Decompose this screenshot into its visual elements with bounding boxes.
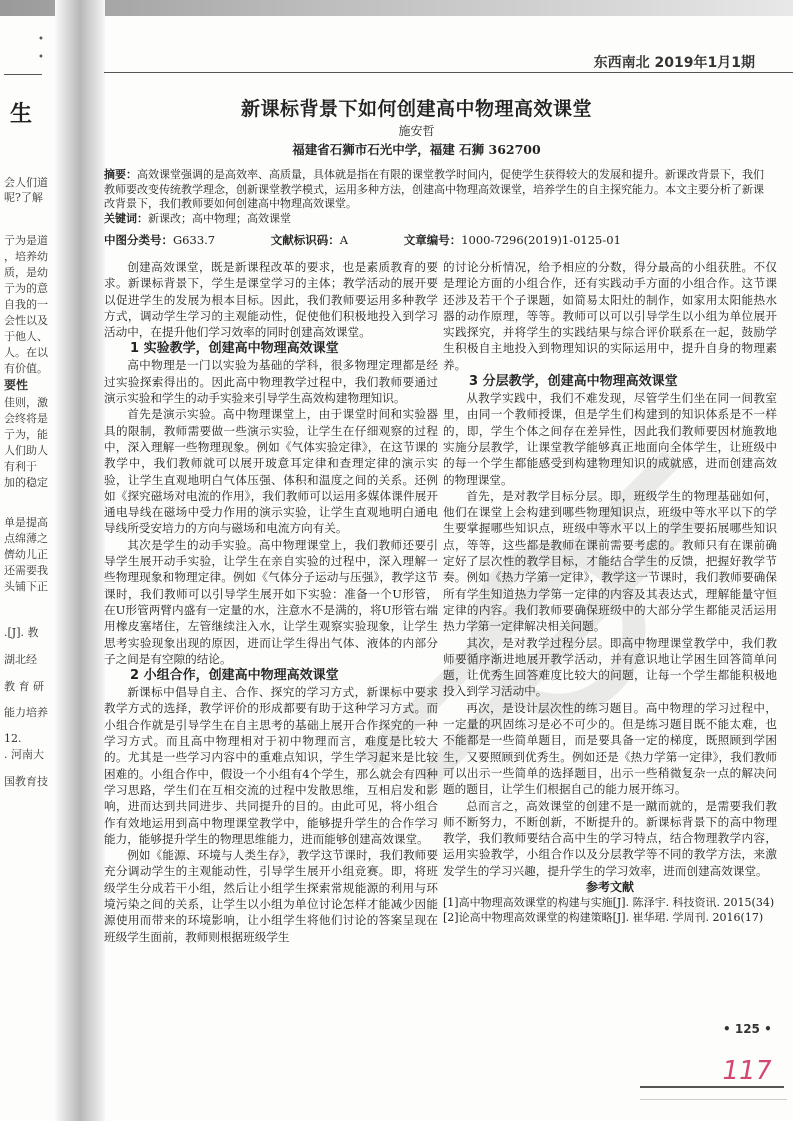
fragment-line: 于他人、: [4, 330, 48, 343]
fragment-line: 佳则，激: [4, 396, 48, 409]
header-rule: [104, 72, 793, 73]
paragraph: 首先，是对教学目标分层。即，班级学生的物理基础如何，他们在课堂上会构建到哪些物理…: [443, 488, 777, 635]
keywords-label: 关键词：: [104, 212, 148, 225]
fragment-line: 呢?了解: [4, 191, 43, 204]
section-heading-3: 3 分层教学，创建高中物理高效课堂: [443, 373, 777, 390]
paragraph: 其次，是对教学过程分层。即高中物理课堂教学中，我们教师要循序渐进地展开教学活动，…: [443, 635, 777, 700]
scan-speck: •: [38, 52, 44, 63]
fragment-line: 要性: [4, 379, 28, 392]
fragment-line: 湖北经: [4, 653, 37, 666]
fragment-line: 人。在以: [4, 346, 48, 359]
fragment-line: ，培养幼: [4, 250, 48, 263]
section-heading-1: 1 实验教学，创建高中物理高效课堂: [104, 340, 438, 357]
body-column-right: 的讨论分析情况，给予相应的分数，得分最高的小组获胜。不仅是理论方面的小组合作，还…: [443, 259, 777, 925]
paragraph: 从教学实践中，我们不难发现，尽管学生们坐在同一间教室里，由同一个教师授课，但是学…: [443, 390, 777, 488]
paragraph-conclusion: 总而言之，高效课堂的创建不是一蹴而就的，是需要我们教师不断努力，不断创新，不断提…: [443, 798, 777, 879]
author-affiliation: 福建省石狮市石光中学，福建 石狮 362700: [0, 140, 793, 158]
footer-rule: [640, 1086, 784, 1088]
reference-item: [1]高中物理高效课堂的构建与实施[J]. 陈泽宇. 科技资讯. 2015(34…: [443, 895, 777, 910]
keywords-text: 新课改；高中物理；高效课堂: [148, 212, 291, 225]
scan-speck: •: [38, 34, 44, 45]
page-number: • 125 •: [723, 1022, 772, 1036]
paragraph-continued: 的讨论分析情况，给予相应的分数，得分最高的小组获胜。不仅是理论方面的小组合作，还…: [443, 259, 777, 373]
previous-page-fragment: • • 生 会人们道呢?了解亍为是道，培养幼质，是幼亍为的意自我的一会性以及于他…: [4, 0, 56, 1121]
fragment-line: 会人们道: [4, 176, 48, 189]
abstract-label: 摘要：: [104, 168, 137, 181]
paragraph-intro: 创建高效课堂，既是新课程改革的要求，也是素质教育的要求。新课标背景下，学生是课堂…: [104, 259, 438, 340]
article-no-value: 1000-7296(2019)1-0125-01: [461, 233, 621, 247]
paragraph: 再次，是设计层次性的练习题目。高中物理的学习过程中，一定量的巩固练习是必不可少的…: [443, 700, 777, 798]
doc-code-label: 文献标识码：: [271, 233, 340, 247]
fragment-line: 有利于: [4, 460, 37, 473]
keywords: 关键词：新课改；高中物理；高效课堂: [104, 212, 774, 227]
footer-rule-faint: [640, 1099, 787, 1100]
paragraph: 高中物理是一门以实验为基础的学科，很多物理定理都是经过实验探索得出的。因此高中物…: [104, 357, 438, 406]
fragment-line: 单是提高: [4, 516, 48, 529]
abstract-block: 摘要：高效课堂强调的是高效率、高质量，具体就是指在有限的课堂教学时间内，促使学生…: [104, 168, 774, 226]
fragment-line: 儕幼儿正: [4, 548, 48, 561]
paragraph: 首先是演示实验。高中物理课堂上，由于课堂时间和实验器具的限制，教师需要做一些演示…: [104, 406, 438, 536]
reference-item: [2]论高中物理高效课堂的构建策略[J]. 崔华珺. 学周刊. 2016(17): [443, 910, 777, 925]
article-no-label: 文章编号：: [404, 233, 462, 247]
scan-top-edge: [0, 0, 793, 16]
fragment-line: 会性以及: [4, 314, 48, 327]
clc-label: 中图分类号：: [104, 233, 173, 247]
article-author: 施安哲: [0, 122, 793, 139]
book-gutter-shadow: [55, 0, 105, 1121]
fragment-line: 头铺下正: [4, 580, 48, 593]
body-column-left: 创建高效课堂，既是新课程改革的要求，也是素质教育的要求。新课标背景下，学生是课堂…: [104, 259, 438, 945]
fragment-line: 12.: [4, 732, 22, 745]
doc-code-value: A: [340, 233, 348, 247]
fragment-line: 国教育技: [4, 775, 48, 788]
article-title: 新课标背景下如何创建高中物理高效课堂: [0, 94, 793, 121]
fragment-header-rule: [4, 74, 42, 75]
clc-value: G633.7: [173, 233, 215, 247]
paragraph: 新课标中倡导自主、合作、探究的学习方式，新课标中要求教学方式的选择，教学评价的形…: [104, 684, 438, 847]
handwritten-mark: 117: [719, 1056, 774, 1086]
fragment-line: 人们助人: [4, 444, 48, 457]
fragment-line: 质，是幼: [4, 266, 48, 279]
fragment-line: 亍为，能: [4, 428, 48, 441]
fragment-line: 教 育 研: [4, 680, 44, 693]
abstract: 摘要：高效课堂强调的是高效率、高质量，具体就是指在有限的课堂教学时间内，促使学生…: [104, 168, 774, 212]
references-title: 参考文献: [443, 879, 777, 895]
clc: 中图分类号：G633.7: [104, 233, 241, 247]
running-head: 东西南北 2019年1月1期: [594, 52, 755, 72]
fragment-line: 会终将是: [4, 412, 48, 425]
article-no: 文章编号：1000-7296(2019)1-0125-01: [404, 233, 647, 247]
fragment-line: 亍为的意: [4, 282, 48, 295]
classification-line: 中图分类号：G633.7 文献标识码：A 文章编号：1000-7296(2019…: [104, 232, 774, 248]
section-heading-2: 2 小组合作，创建高中物理高效课堂: [104, 667, 438, 684]
fragment-line: .[J]. 教: [4, 626, 38, 639]
fragment-line: 能力培养: [4, 706, 48, 719]
fragment-line: . 河南大: [4, 748, 44, 761]
paragraph: 例如《能源、环境与人类生存》，教学这节课时，我们教师要充分调动学生的主观能动性，…: [104, 847, 438, 945]
fragment-line: 亍为是道: [4, 234, 48, 247]
fragment-line: 有价值。: [4, 362, 48, 375]
fragment-line: 点绵薄之: [4, 532, 48, 545]
paragraph: 其次是学生的动手实验。高中物理课堂上，我们教师还要引导学生展开动手实验，让学生在…: [104, 537, 438, 667]
fragment-line: 加的稳定: [4, 476, 48, 489]
abstract-text: 高效课堂强调的是高效率、高质量，具体就是指在有限的课堂教学时间内，促使学生获得较…: [104, 168, 764, 210]
fragment-line: 还需要我: [4, 564, 48, 577]
doc-code: 文献标识码：A: [271, 233, 374, 247]
fragment-line: 自我的一: [4, 298, 48, 311]
